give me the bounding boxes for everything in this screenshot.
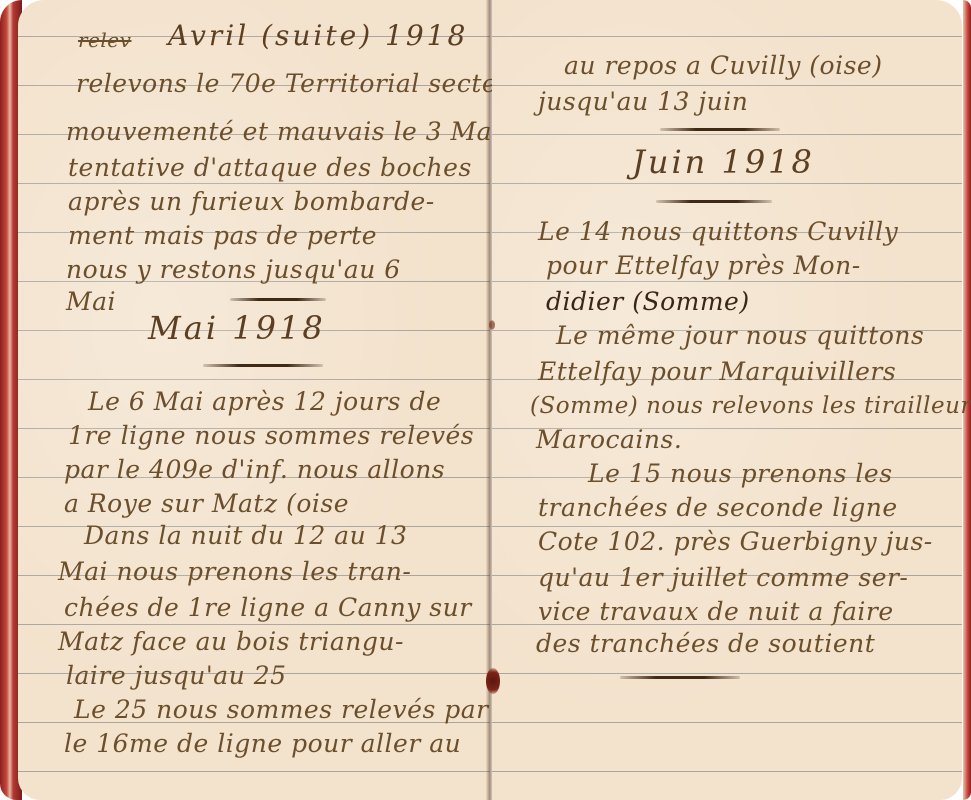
diary-notebook: relev Avril (suite) 1918 relevons le 70e… — [0, 0, 971, 800]
diary-line: le 16me de ligne pour aller au — [64, 722, 461, 766]
month-heading-may: Mai 1918 — [148, 306, 326, 350]
diary-line: jusqu'au 13 juin — [538, 80, 748, 124]
ink-stain — [486, 668, 500, 694]
divider-rule — [620, 676, 740, 679]
divider-rule — [230, 298, 326, 301]
month-heading-april: Avril (suite) 1918 — [168, 14, 468, 58]
divider-rule — [203, 364, 323, 367]
month-heading-june: Juin 1918 — [632, 140, 815, 184]
diary-line: des tranchées de soutient — [536, 622, 875, 666]
struck-word: relev — [78, 18, 131, 62]
ink-stain — [489, 320, 495, 330]
right-page: au repos a Cuvilly (oise) jusqu'au 13 ju… — [492, 0, 962, 800]
divider-rule — [656, 200, 772, 203]
divider-rule — [660, 128, 780, 131]
diary-line: nous y restons jusqu'au 6 — [66, 248, 401, 292]
diary-line: Mai — [66, 280, 116, 324]
diary-line: relevons le 70e Territorial secteur — [76, 62, 526, 106]
left-page: relev Avril (suite) 1918 relevons le 70e… — [18, 0, 490, 800]
